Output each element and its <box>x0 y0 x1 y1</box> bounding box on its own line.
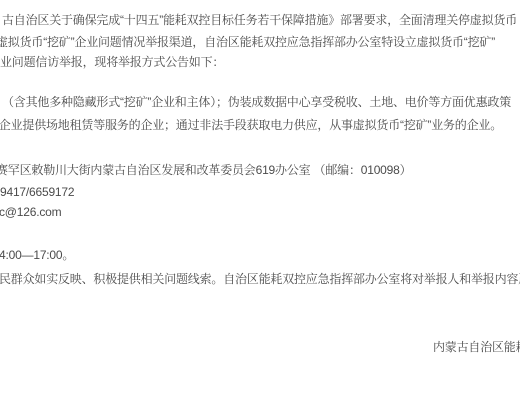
body-line-1: 古自治区关于确保完成“十四五”能耗双控目标任务若干保障措施》部署要求，全面清理关… <box>2 14 517 26</box>
contact-phone-line: 9417/6659172 <box>0 186 74 198</box>
signature-line: 内蒙古自治区能耗 <box>433 341 520 353</box>
scope-line-2: ”企业提供场地租赁等服务的企业；通过非法手段获取电力供应，从事虚拟货币“挖矿”业… <box>0 119 502 131</box>
contact-address-line: 赛罕区敕勒川大街内蒙古自治区发展和改革委员会619办公室 （邮编：010098） <box>0 164 411 176</box>
body-line-2: 虚拟货币“挖矿”企业问题情况举报渠道，自治区能耗双控应急指挥部办公室特设立虚拟货… <box>0 36 495 48</box>
notice-document: 古自治区关于确保完成“十四五”能耗双控目标任务若干保障措施》部署要求，全面清理关… <box>0 0 520 400</box>
contact-email-line: c@126.com <box>0 206 61 218</box>
service-hours-line: 4:00—17:00。 <box>0 249 74 261</box>
body-line-3: 业问题信访举报，现将举报方式公告如下： <box>0 56 224 68</box>
closing-line: 民群众如实反映、积极提供相关问题线索。自治区能耗双控应急指挥部办公室将对举报人和… <box>0 273 520 285</box>
scope-line-1: （含其他多种隐藏形式“挖矿”企业和主体）；伪装成数据中心享受税收、土地、电价等方… <box>2 96 511 108</box>
